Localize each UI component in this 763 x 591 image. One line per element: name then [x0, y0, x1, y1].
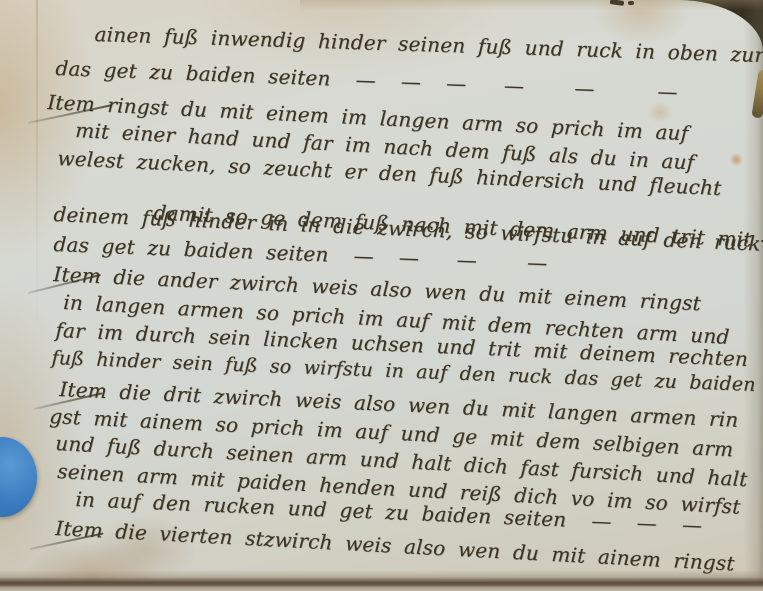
manuscript-photo: ainen fuß inwendig hinder seinen fuß und…	[0, 0, 763, 591]
page-bottom-edge	[0, 570, 763, 591]
handwritten-text-block: ainen fuß inwendig hinder seinen fuß und…	[0, 0, 763, 591]
